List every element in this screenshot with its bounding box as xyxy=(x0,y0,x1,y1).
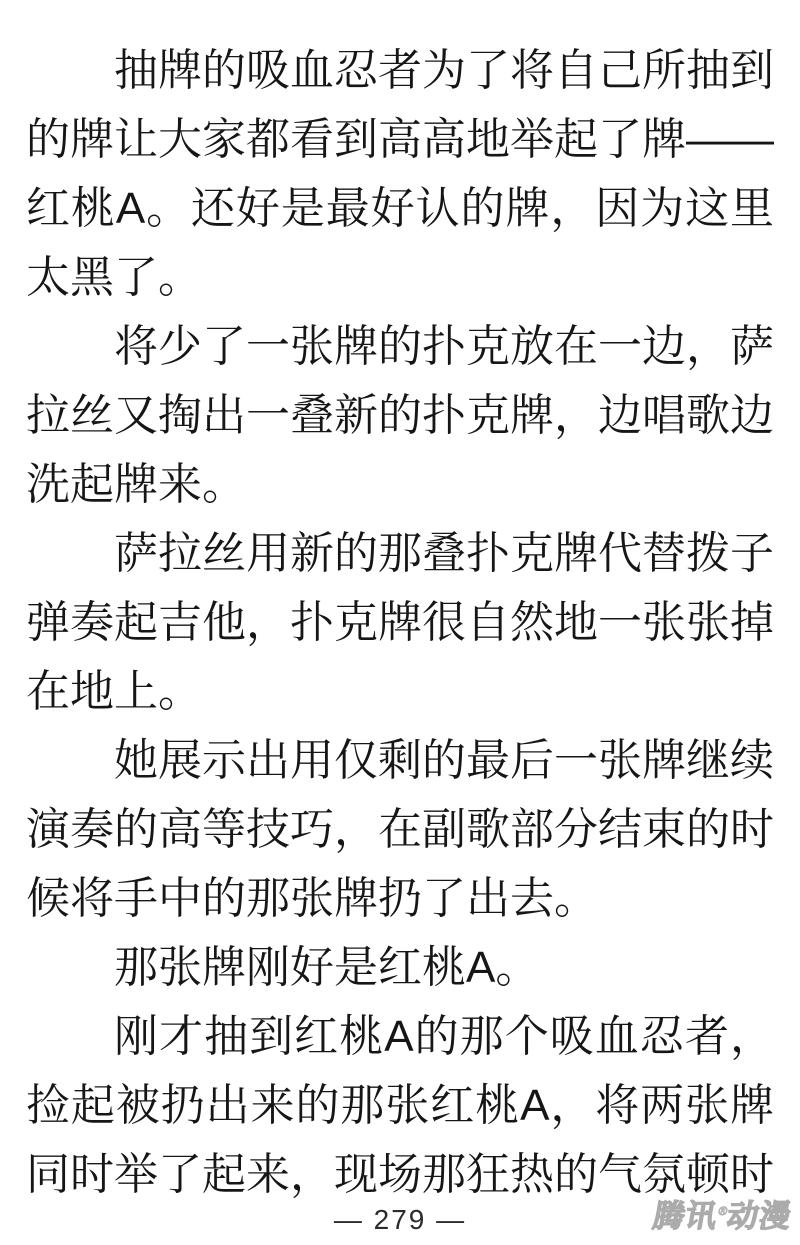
novel-paragraph: 刚才抽到红桃A的那个吸血忍者，捡起被扔出来的那张红桃A，将两张牌同时举了起来，现… xyxy=(26,1002,774,1209)
novel-paragraph: 将少了一张牌的扑克放在一边，萨拉丝又掏出一叠新的扑克牌，边唱歌边洗起牌来。 xyxy=(26,312,774,519)
watermark-text-right: 动漫 xyxy=(725,1198,795,1233)
novel-paragraph: 抽牌的吸血忍者为了将自己所抽到的牌让大家都看到高高地举起了牌——红桃A。还好是最… xyxy=(26,36,774,312)
tencent-comics-watermark: 腾讯®动漫 xyxy=(650,1192,795,1235)
novel-paragraph: 萨拉丝用新的那叠扑克牌代替拨子弹奏起吉他，扑克牌很自然地一张张掉在地上。 xyxy=(26,519,774,726)
novel-paragraph: 那张牌刚好是红桃A。 xyxy=(26,933,774,1002)
novel-paragraph: 她展示出用仅剩的最后一张牌继续演奏的高等技巧，在副歌部分结束的时候将手中的那张牌… xyxy=(26,726,774,933)
novel-page: 抽牌的吸血忍者为了将自己所抽到的牌让大家都看到高高地举起了牌——红桃A。还好是最… xyxy=(0,0,800,1245)
watermark-text-left: 腾讯 xyxy=(651,1198,721,1233)
novel-text-block: 抽牌的吸血忍者为了将自己所抽到的牌让大家都看到高高地举起了牌——红桃A。还好是最… xyxy=(26,36,774,1209)
